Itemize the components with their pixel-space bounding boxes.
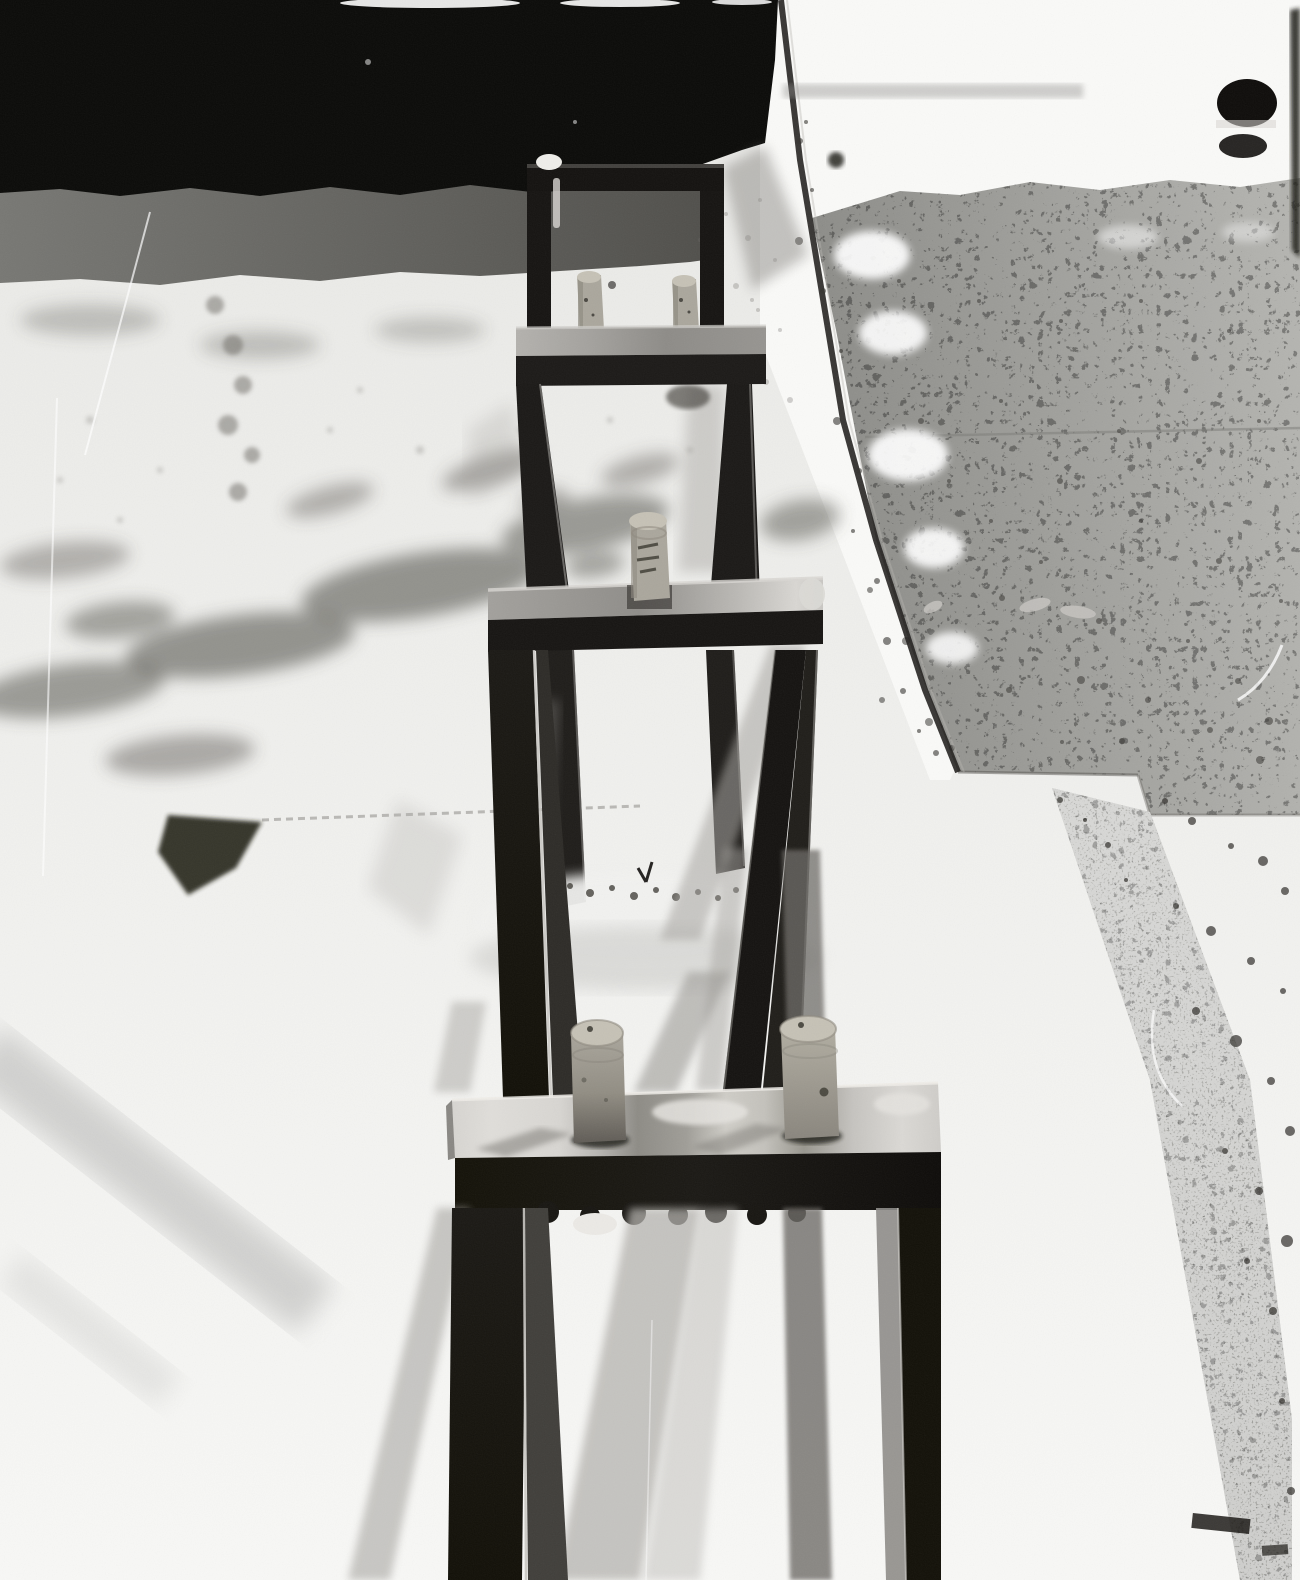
- photograph: Black-and-white film photograph of four …: [0, 0, 1300, 1580]
- photo-canvas: [0, 0, 1300, 1580]
- film-grain: [0, 0, 1300, 1580]
